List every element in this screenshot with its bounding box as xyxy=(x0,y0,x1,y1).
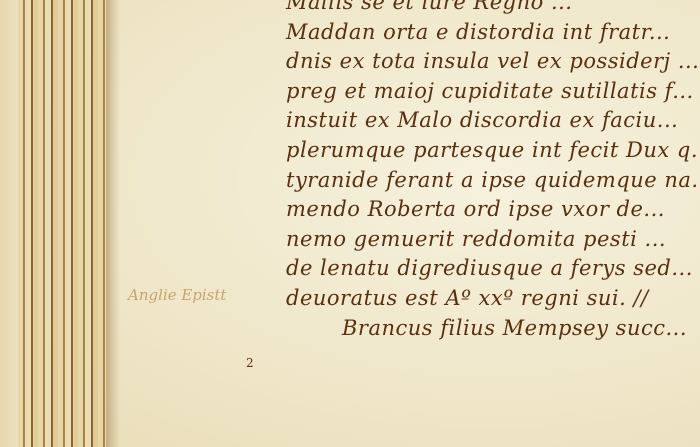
text-line: preg et maioj cupiditate sutillatis f... xyxy=(286,77,700,107)
page-outer-edge xyxy=(0,0,20,447)
text-line: de lenatu digrediusque a ferys sed... xyxy=(286,254,700,284)
text-line: mendo Roberta ord ipse vxor de... xyxy=(286,195,700,225)
text-line: deuoratus est Aº xxº regni sui. // xyxy=(286,284,700,314)
gutter-shadow xyxy=(106,0,120,447)
marginal-note: Anglie Epistt xyxy=(128,286,226,304)
text-line: Mallis se et iure Regno ... xyxy=(286,0,700,18)
text-line: dnis ex tota insula vel ex possiderj ... xyxy=(286,47,700,77)
marginal-numeral: 2 xyxy=(246,356,254,370)
manuscript-text-block: Mallis se et iure Regno ... Maddan orta … xyxy=(286,0,700,343)
manuscript-page: Anglie Epistt 2 Mallis se et iure Regno … xyxy=(0,0,700,447)
text-line: plerumque partesque int fecit Dux q... xyxy=(286,136,700,166)
text-line: nemo gemuerit reddomita pesti ... xyxy=(286,225,700,255)
text-line: instuit ex Malo discordia ex faciu... xyxy=(286,106,700,136)
bound-page-edges xyxy=(18,0,110,447)
text-line: tyranide ferant a ipse quidemque na... xyxy=(286,166,700,196)
text-line: Maddan orta e distordia int fratr... xyxy=(286,18,700,48)
text-line: Brancus filius Mempsey succ... xyxy=(286,314,700,344)
